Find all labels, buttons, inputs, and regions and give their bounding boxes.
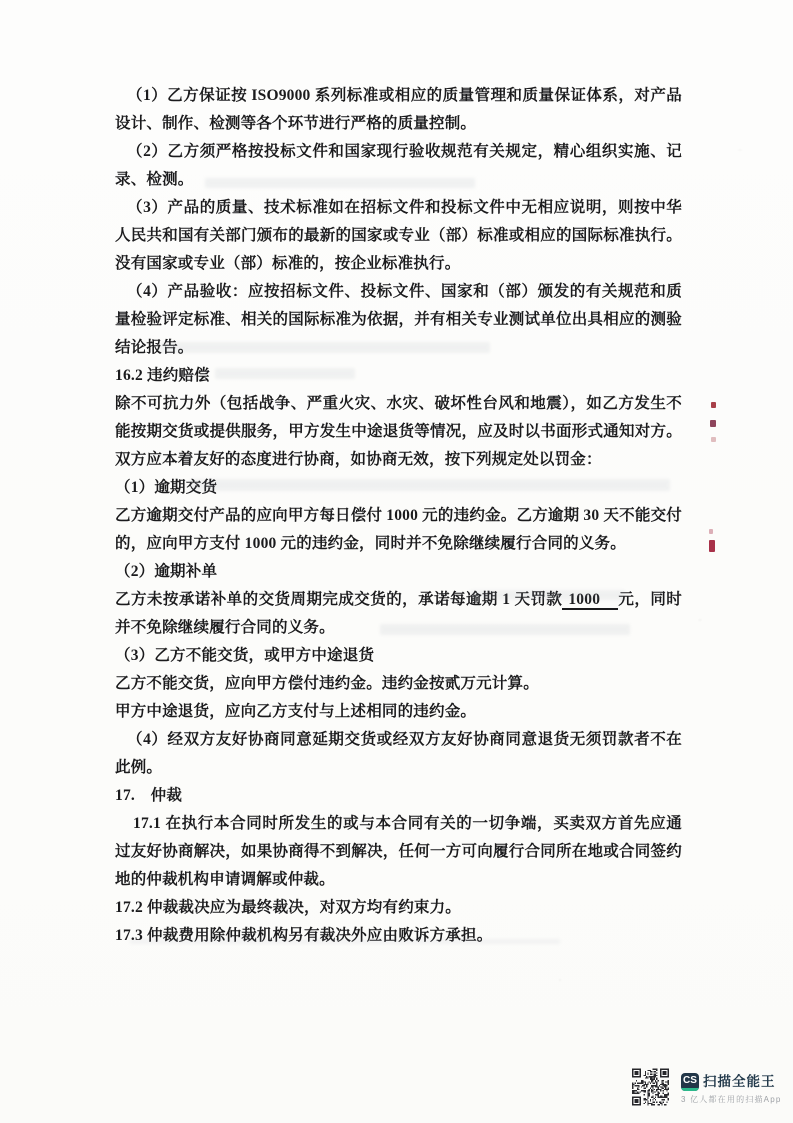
red-ink-mark [711, 437, 716, 442]
watermark-tagline: 3 亿人都在用的扫描App [681, 1094, 782, 1105]
penalty-amount-blank: 1000 [562, 591, 618, 610]
camscanner-logo-text: CS [683, 1075, 697, 1086]
qr-code-icon [632, 1067, 669, 1107]
camscanner-logo-icon: CS [681, 1073, 699, 1091]
red-ink-mark [709, 529, 713, 534]
clause-quality-1: （1）乙方保证按 ISO9000 系列标准或相应的质量管理和质量保证体系，对产品… [115, 82, 682, 138]
red-ink-mark [711, 402, 716, 408]
clause-17-2: 17.2 仲裁裁决应为最终裁决，对双方均有约束力。 [115, 894, 682, 922]
section-16-2-intro: 除不可抗力外（包括战争、严重火灾、水灾、破坏性台风和地震），如乙方发生不能按期交… [115, 390, 682, 474]
clause-17-1: 17.1 在执行本合同时所发生的或与本合同有关的一切争端，买卖双方首先应通过友好… [115, 810, 682, 894]
clause-quality-3: （3）产品的质量、技术标准如在招标文件和投标文件中无相应说明，则按中华人民共和国… [115, 194, 682, 278]
watermark-brand-name: 扫描全能王 [703, 1072, 776, 1092]
penalty-item-2-title: （2）逾期补单 [115, 558, 682, 586]
penalty-item-1-body: 乙方逾期交付产品的应向甲方每日偿付 1000 元的违约金。乙方逾期 30 天不能… [115, 502, 682, 558]
red-ink-mark [710, 420, 716, 427]
penalty-item-3-body-2: 甲方中途退货，应向乙方支付与上述相同的违约金。 [115, 698, 682, 726]
red-ink-mark [709, 540, 715, 552]
clause-quality-2: （2）乙方须严格按投标文件和国家现行验收规范有关规定，精心组织实施、记录、检测。 [115, 138, 682, 194]
penalty-item-2-body: 乙方未按承诺补单的交货周期完成交货的，承诺每逾期 1 天罚款1000元，同时并不… [115, 586, 682, 642]
section-heading-16-2: 16.2 违约赔偿 [115, 362, 682, 390]
penalty-item-3-title: （3）乙方不能交货，或甲方中途退货 [115, 642, 682, 670]
section-heading-17: 17. 仲裁 [115, 782, 682, 810]
contract-body: （1）乙方保证按 ISO9000 系列标准或相应的质量管理和质量保证体系，对产品… [115, 82, 682, 950]
logo-green-bar [681, 1088, 699, 1091]
penalty-item-1-title: （1）逾期交货 [115, 474, 682, 502]
clause-17-3: 17.3 仲裁费用除仲裁机构另有裁决外应由败诉方承担。 [115, 922, 682, 950]
clause-quality-4: （4）产品验收：应按招标文件、投标文件、国家和（部）颁发的有关规范和质量检验评定… [115, 278, 682, 362]
penalty-item-2-text-pre: 乙方未按承诺补单的交货周期完成交货的，承诺每逾期 1 天罚款 [115, 591, 562, 608]
scanned-contract-page: （1）乙方保证按 ISO9000 系列标准或相应的质量管理和质量保证体系，对产品… [0, 0, 793, 1123]
penalty-item-3-body-1: 乙方不能交货，应向甲方偿付违约金。违约金按贰万元计算。 [115, 670, 682, 698]
penalty-item-4: （4）经双方友好协商同意延期交货或经双方友好协商同意退货无须罚款者不在此例。 [115, 726, 682, 782]
